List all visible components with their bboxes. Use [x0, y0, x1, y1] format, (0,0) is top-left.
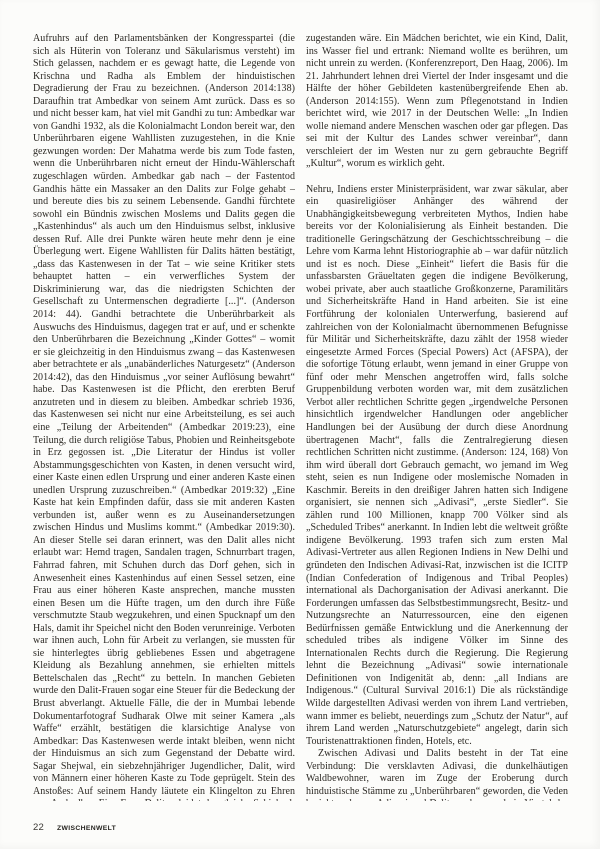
journal-name: ZWISCHENWELT — [57, 825, 116, 832]
page-number: 22 — [33, 822, 44, 833]
left-text-column: Aufruhrs auf den Parlamentsbänken der Ko… — [33, 33, 295, 801]
text-columns: Aufruhrs auf den Parlamentsbänken der Ko… — [33, 33, 568, 801]
paragraph-right-1: zugestanden wäre. Ein Mädchen berichtet,… — [306, 33, 568, 171]
paragraph-right-3: Zwischen Adivasi und Dalits besteht in d… — [306, 748, 568, 801]
right-text-column: zugestanden wäre. Ein Mädchen berichtet,… — [306, 33, 568, 801]
paragraph-right-2: Nehru, Indiens erster Ministerpräsident,… — [306, 184, 568, 749]
paragraph-left-1: Aufruhrs auf den Parlamentsbänken der Ko… — [33, 33, 295, 801]
page-footer: 22 ZWISCHENWELT — [33, 822, 116, 833]
book-page: Aufruhrs auf den Parlamentsbänken der Ko… — [0, 0, 600, 849]
